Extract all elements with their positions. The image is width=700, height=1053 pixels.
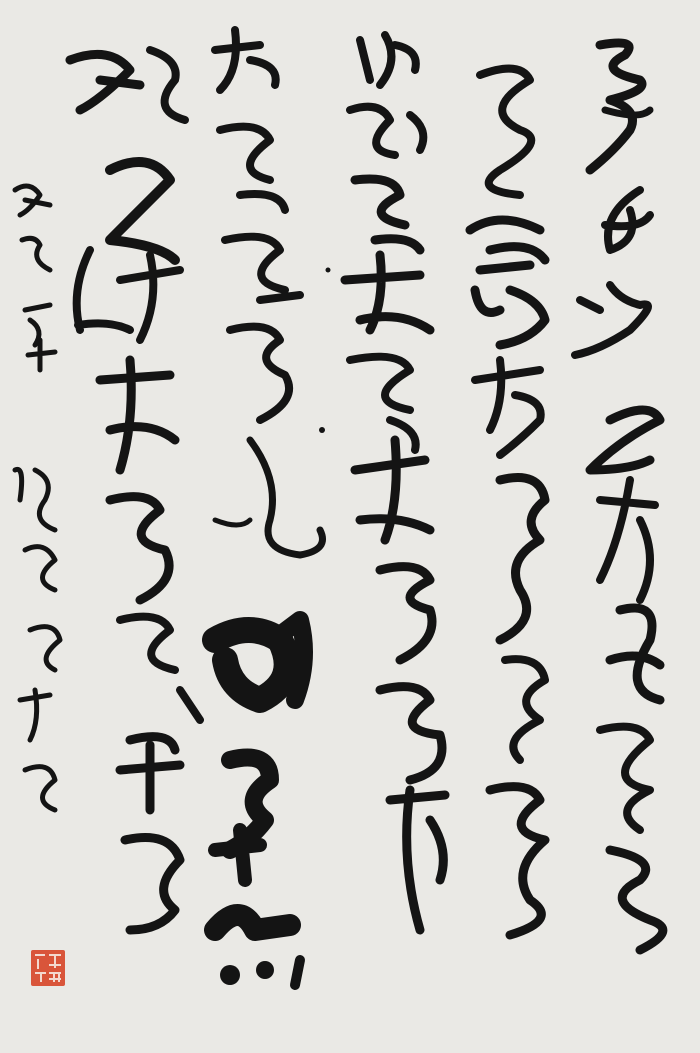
inscription-column <box>15 186 60 810</box>
column-1 <box>575 43 663 950</box>
column-5 <box>70 50 200 930</box>
calligraphy-artwork: Chinese cursive-script calligraphy <box>0 0 700 1053</box>
column-4 <box>215 30 331 985</box>
column-2 <box>470 69 545 935</box>
column-3 <box>345 35 445 930</box>
ink-strokes <box>0 0 700 1053</box>
artist-seal <box>31 950 65 986</box>
